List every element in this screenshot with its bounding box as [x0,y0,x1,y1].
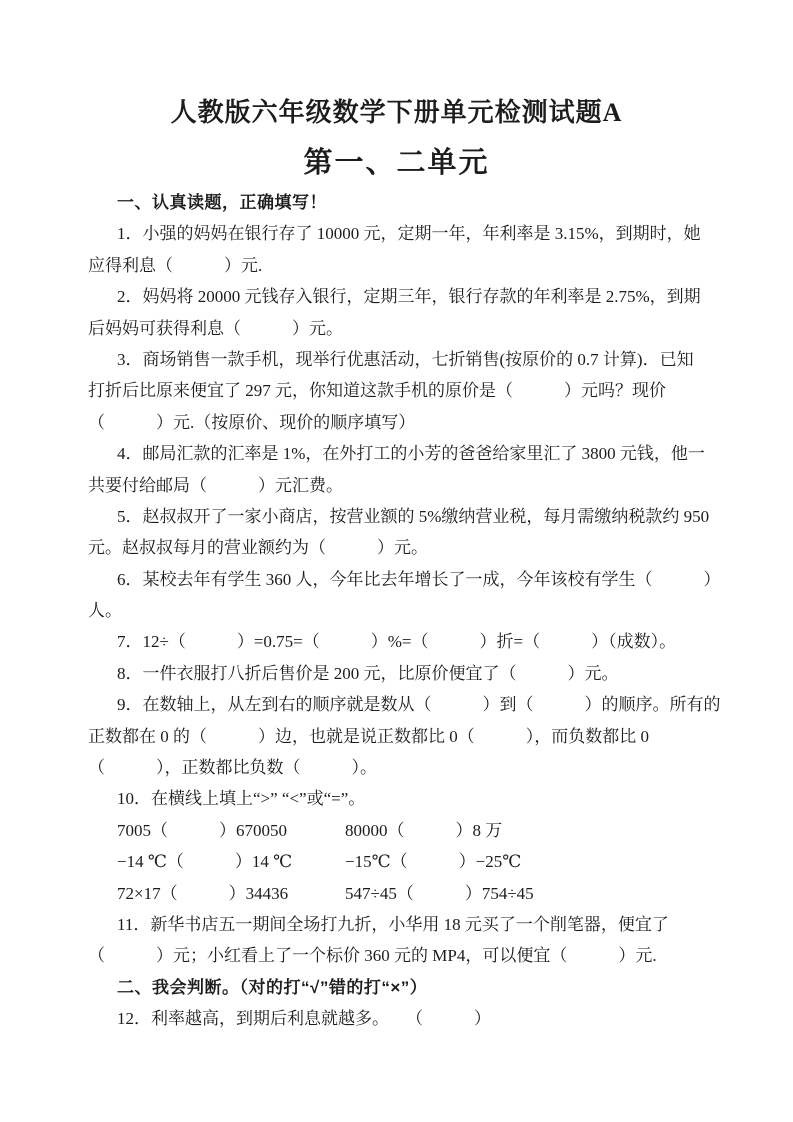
question-3-line-2: 打折后比原来便宜了 297 元，你知道这款手机的原价是（ ）元吗？现价 [88,375,728,406]
question-5-line-1: 5．赵叔叔开了一家小商店，按营业额的 5%缴纳营业税，每月需缴纳税款约 950 [88,501,728,532]
comparison-row-2-right: −15℃（ ）−25℃ [345,852,521,871]
comparison-row-1: 7005（ ）67005080000（ ）8 万 [88,815,728,846]
question-3-line-3: （ ）元.（按原价、现价的顺序填写） [88,407,728,438]
worksheet-body: 一、认真读题，正确填写！ 1．小强的妈妈在银行存了 10000 元，定期一年，年… [88,187,728,1035]
comparison-row-3-right: 547÷45（ ）754÷45 [345,884,534,903]
comparison-row-1-left: 7005（ ）670050 [117,815,345,846]
comparison-row-3-left: 72×17（ ）34436 [117,878,345,909]
question-8-line: 8．一件衣服打八折后售价是 200 元，比原价便宜了（ ）元。 [88,658,728,689]
document-subtitle: 第一、二单元 [0,140,793,181]
question-4-line-1: 4．邮局汇款的汇率是 1%，在外打工的小芳的爸爸给家里汇了 3800 元钱，他一 [88,438,728,469]
question-1-line-1: 1．小强的妈妈在银行存了 10000 元，定期一年，年利率是 3.15%，到期时… [88,218,728,249]
question-4-line-2: 共要付给邮局（ ）元汇费。 [88,470,728,501]
question-3-line-1: 3．商场销售一款手机，现举行优惠活动，七折销售(按原价的 0.7 计算)．已知 [88,344,728,375]
question-11-line-2: （ ）元；小红看上了一个标价 360 元的 MP4，可以便宜（ ）元. [88,940,728,971]
comparison-row-3: 72×17（ ）34436547÷45（ ）754÷45 [88,878,728,909]
question-10-line: 10．在横线上填上“>” “<”或“=”。 [88,783,728,814]
section-2-heading: 二、我会判断。（对的打“√”错的打“×”） [88,972,728,1003]
question-2-line-1: 2．妈妈将 20000 元钱存入银行，定期三年，银行存款的年利率是 2.75%，… [88,281,728,312]
document-title: 人教版六年级数学下册单元检测试题A [0,92,793,129]
comparison-row-1-right: 80000（ ）8 万 [345,821,502,840]
question-7-line: 7．12÷（ ）=0.75=（ ）%=（ ）折=（ ）（成数）。 [88,626,728,657]
comparison-row-2-left: −14 ℃（ ）14 ℃ [117,846,345,877]
question-12-line: 12．利率越高，到期后利息就越多。 （ ） [88,1003,728,1034]
question-5-line-2: 元。赵叔叔每月的营业额约为（ ）元。 [88,532,728,563]
question-2-line-2: 后妈妈可获得利息（ ）元。 [88,313,728,344]
question-9-line-3: （ ），正数都比负数（ ）。 [88,752,728,783]
question-6-line-1: 6．某校去年有学生 360 人，今年比去年增长了一成，今年该校有学生（ ） [88,564,728,595]
section-1-heading: 一、认真读题，正确填写！ [88,187,728,218]
question-1-line-2: 应得利息（ ）元. [88,250,728,281]
comparison-row-2: −14 ℃（ ）14 ℃−15℃（ ）−25℃ [88,846,728,877]
worksheet-page: 人教版六年级数学下册单元检测试题A 第一、二单元 一、认真读题，正确填写！ 1．… [0,0,793,1122]
question-9-line-2: 正数都在 0 的（ ）边，也就是说正数都比 0（ ），而负数都比 0 [88,721,728,752]
question-6-line-2: 人。 [88,595,728,626]
question-11-line-1: 11．新华书店五一期间全场打九折，小华用 18 元买了一个削笔器，便宜了 [88,909,728,940]
question-9-line-1: 9．在数轴上，从左到右的顺序就是数从（ ）到（ ）的顺序。所有的 [88,689,728,720]
